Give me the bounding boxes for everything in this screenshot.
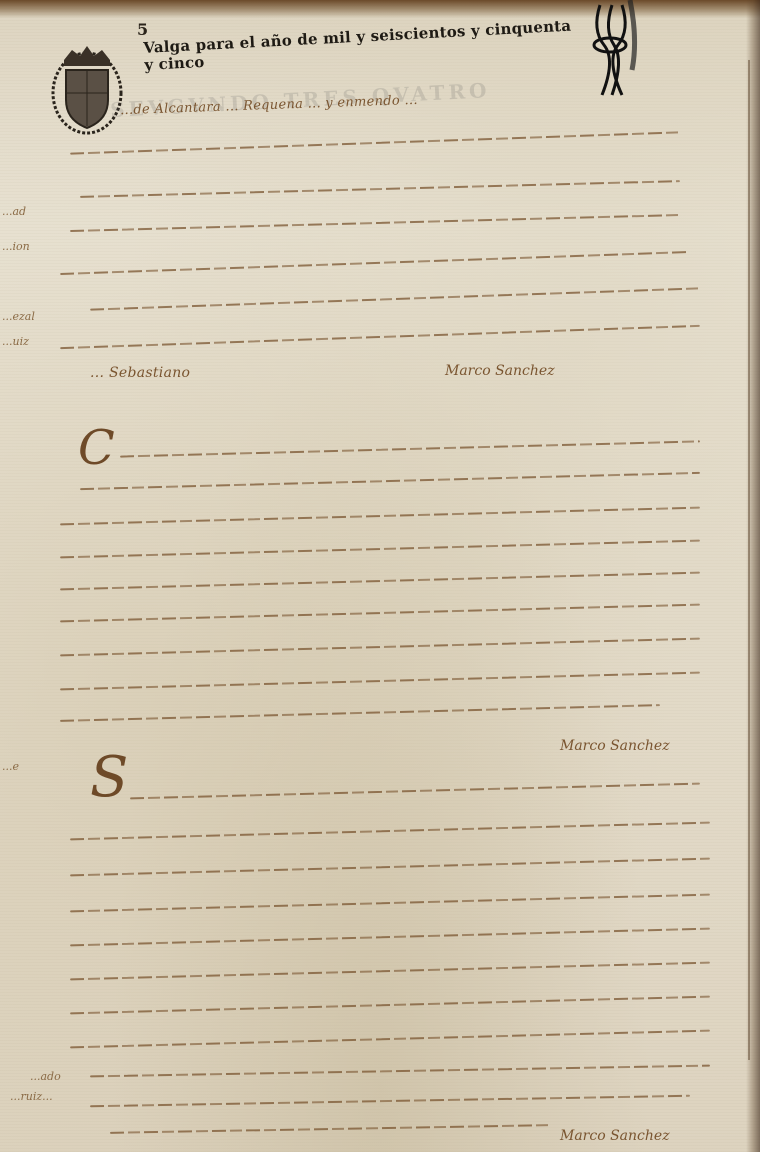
fold-line [748,60,750,1060]
handwriting-line [90,1065,710,1078]
royal-seal-icon [42,38,132,138]
handwriting-line [60,704,660,722]
handwriting-line [90,1095,690,1107]
margin-note: ...ion [2,240,30,253]
handwriting-line [70,996,710,1015]
signature: Marco Sanchez [445,363,555,379]
handwriting-line [60,638,700,657]
margin-note: ...uiz [2,335,29,348]
manuscript-page: 5 SEVGVNDO TRES QVATRO Valga para el año… [0,0,760,1152]
margin-note: ...ruiz... [10,1090,53,1103]
margin-note: ...ado [30,1070,61,1083]
handwriting-line [60,325,700,349]
handwriting-line [60,572,700,591]
handwriting-line [120,440,700,457]
handwriting-line [110,1124,550,1134]
margin-note: ...ad [2,205,26,218]
printed-header: Valga para el año de mil y seiscientos y… [143,17,584,74]
handwriting-line [130,783,700,800]
top-edge-stain [0,0,760,18]
handwriting-line [70,894,710,913]
handwriting-line [60,672,700,691]
handwriting-line [60,507,700,526]
page-number: 5 [137,20,148,39]
handwriting-line [70,928,710,947]
handwriting-line [90,287,700,310]
handwriting-line [70,962,710,981]
signature: Marco Sanchez [560,738,670,754]
handwriting-line [60,540,700,559]
paragraph-initial: C [78,420,115,476]
handwriting-line [80,180,680,198]
handwriting-line [60,251,690,275]
section1-closing: ... Sebastiano [90,365,190,381]
knot-mark-icon [582,0,638,100]
handwriting-line [70,858,710,877]
handwriting-line [60,604,700,623]
handwriting-line [70,822,710,841]
handwriting-line [70,1030,710,1049]
margin-note: ...e [2,760,19,773]
handwriting-line [70,214,680,232]
signature: Marco Sanchez [560,1128,670,1144]
margin-note: ...ezal [2,310,35,323]
paragraph-initial: S [90,745,128,810]
handwriting-line [80,472,700,490]
